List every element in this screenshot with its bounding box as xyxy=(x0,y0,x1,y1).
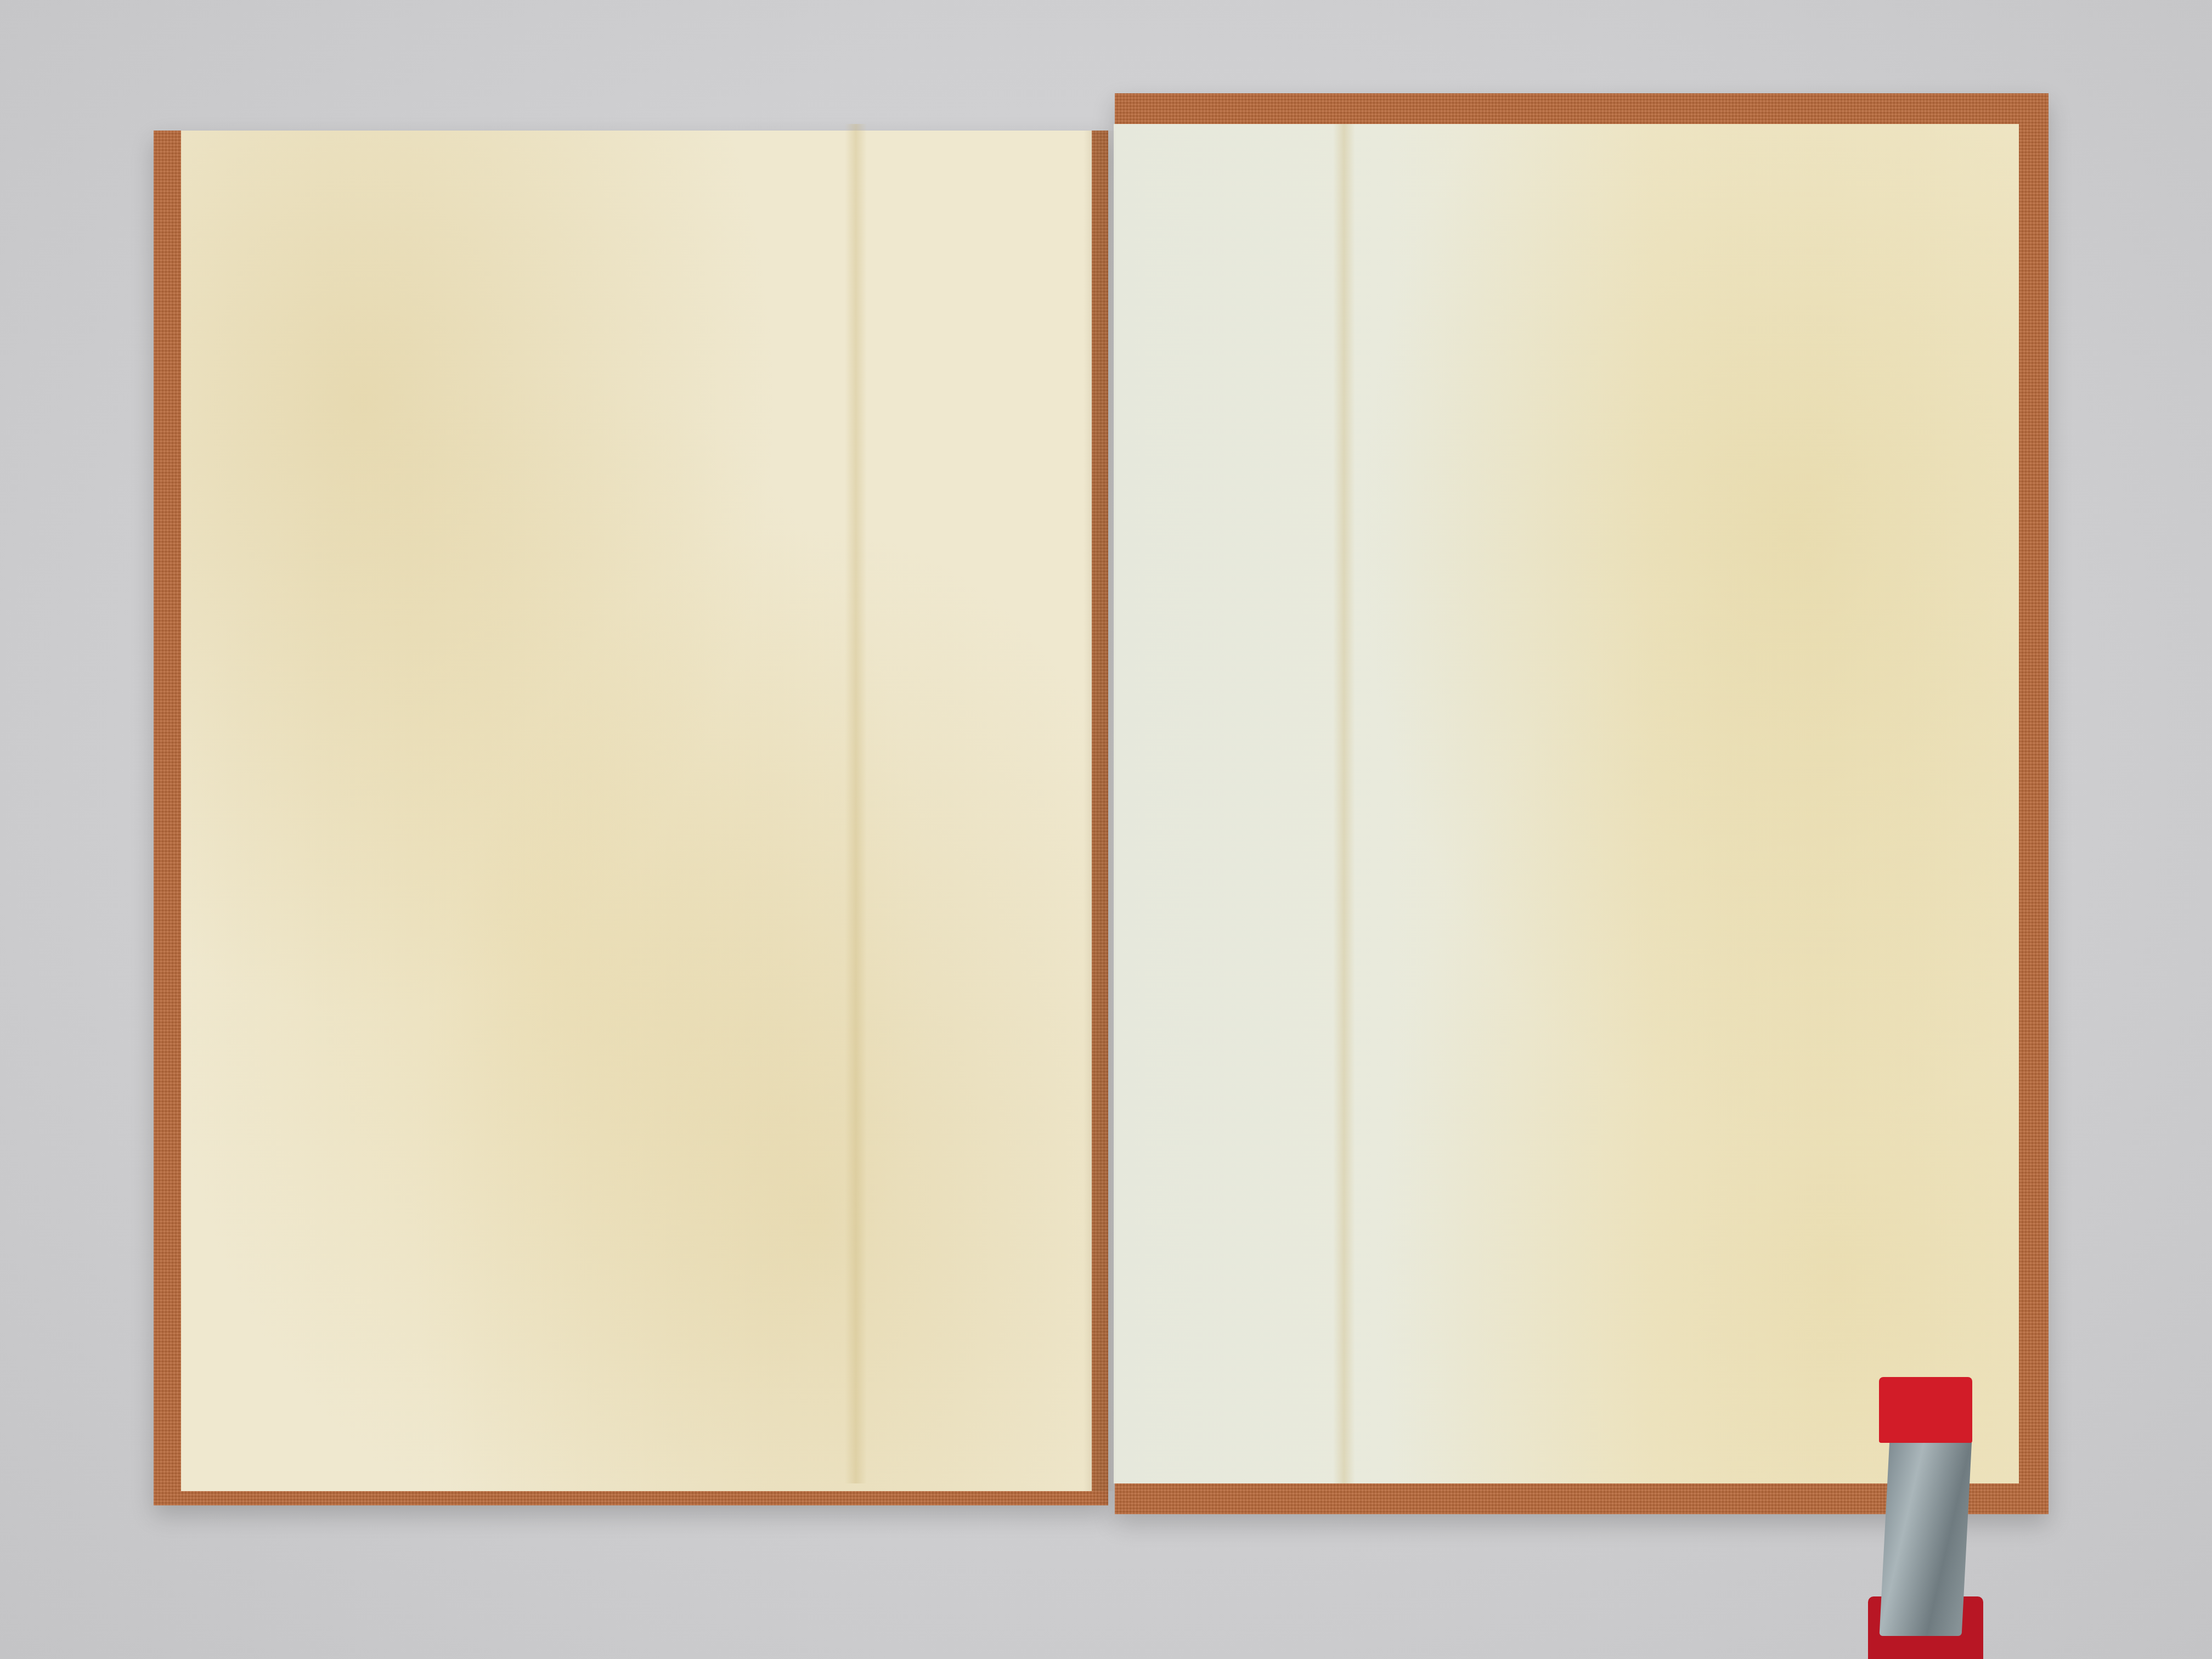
left-hinge-fold xyxy=(845,124,867,1483)
book-gutter xyxy=(1084,131,1116,1491)
clip-jaw xyxy=(1880,1438,1972,1636)
left-endpaper xyxy=(181,131,1092,1491)
right-endpaper xyxy=(1114,124,2019,1483)
clip-tip xyxy=(1879,1377,1972,1443)
photo-scene xyxy=(0,0,2212,1659)
binder-clip xyxy=(1868,1377,1994,1659)
right-hinge-fold xyxy=(1333,124,1355,1483)
